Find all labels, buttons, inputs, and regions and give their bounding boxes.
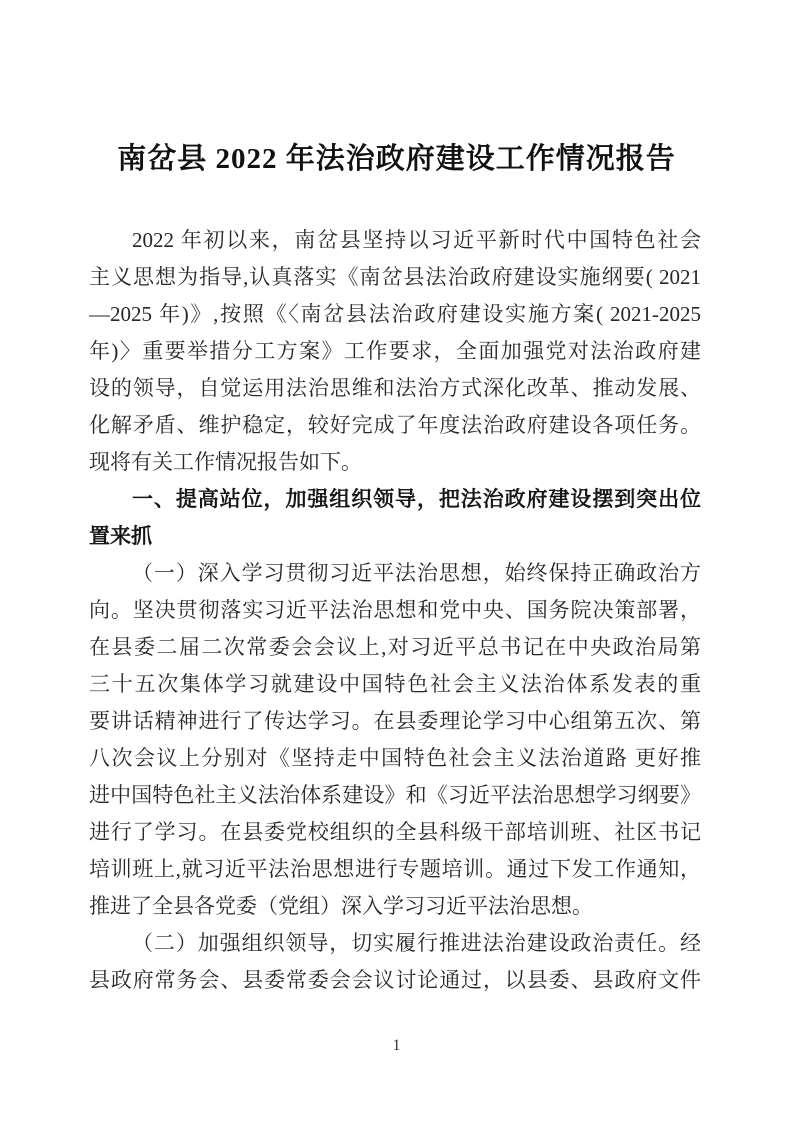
text-line: 2022 年初以来，南岔县坚持以习近平新时代中国特色社会 [89, 222, 701, 259]
text-line: 化解矛盾、维护稳定，较好完成了年度法治政府建设各项任务。 [89, 407, 701, 444]
document-body: 2022 年初以来，南岔县坚持以习近平新时代中国特色社会主义思想为指导,认真落实… [89, 222, 701, 999]
document-page: 南岔县 2022 年法治政府建设工作情况报告 2022 年初以来，南岔县坚持以习… [0, 0, 793, 1122]
text-line: 八次会议上分别对《坚持走中国特色社会主义法治道路 更好推 [89, 740, 701, 777]
text-line: 要讲话精神进行了传达学习。在县委理论学习中心组第五次、第 [89, 703, 701, 740]
text-line: 三十五次集体学习就建设中国特色社会主义法治体系发表的重 [89, 666, 701, 703]
text-line: 县政府常务会、县委常委会会议讨论通过，以县委、县政府文件 [89, 962, 701, 999]
text-line: 培训班上,就习近平法治思想进行专题培训。通过下发工作通知， [89, 851, 701, 888]
heading-line: 置来抓 [89, 518, 701, 555]
text-line: 年)〉重要举措分工方案》工作要求，全面加强党对法治政府建 [89, 333, 701, 370]
text-line: 现将有关工作情况报告如下。 [89, 444, 701, 481]
text-line: 推进了全县各党委（党组）深入学习习近平法治思想。 [89, 888, 701, 925]
text-line: 设的领导，自觉运用法治思维和法治方式深化改革、推动发展、 [89, 370, 701, 407]
text-line: （一）深入学习贯彻习近平法治思想，始终保持正确政治方 [89, 555, 701, 592]
page-number: 1 [0, 1036, 793, 1056]
document-title: 南岔县 2022 年法治政府建设工作情况报告 [0, 136, 793, 182]
text-line: （二）加强组织领导，切实履行推进法治建设政治责任。经 [89, 925, 701, 962]
text-line: 向。坚决贯彻落实习近平法治思想和党中央、国务院决策部署， [89, 592, 701, 629]
text-line: 进中国特色社主义法治体系建设》和《习近平法治思想学习纲要》 [89, 777, 701, 814]
heading-line: 一、提高站位，加强组织领导，把法治政府建设摆到突出位 [89, 481, 701, 518]
text-line: 主义思想为指导,认真落实《南岔县法治政府建设实施纲要( 2021 [89, 259, 701, 296]
text-line: —2025 年)》,按照《〈南岔县法治政府建设实施方案( 2021-2025 [89, 296, 701, 333]
text-line: 进行了学习。在县委党校组织的全县科级干部培训班、社区书记 [89, 814, 701, 851]
text-line: 在县委二届二次常委会会议上,对习近平总书记在中央政治局第 [89, 629, 701, 666]
